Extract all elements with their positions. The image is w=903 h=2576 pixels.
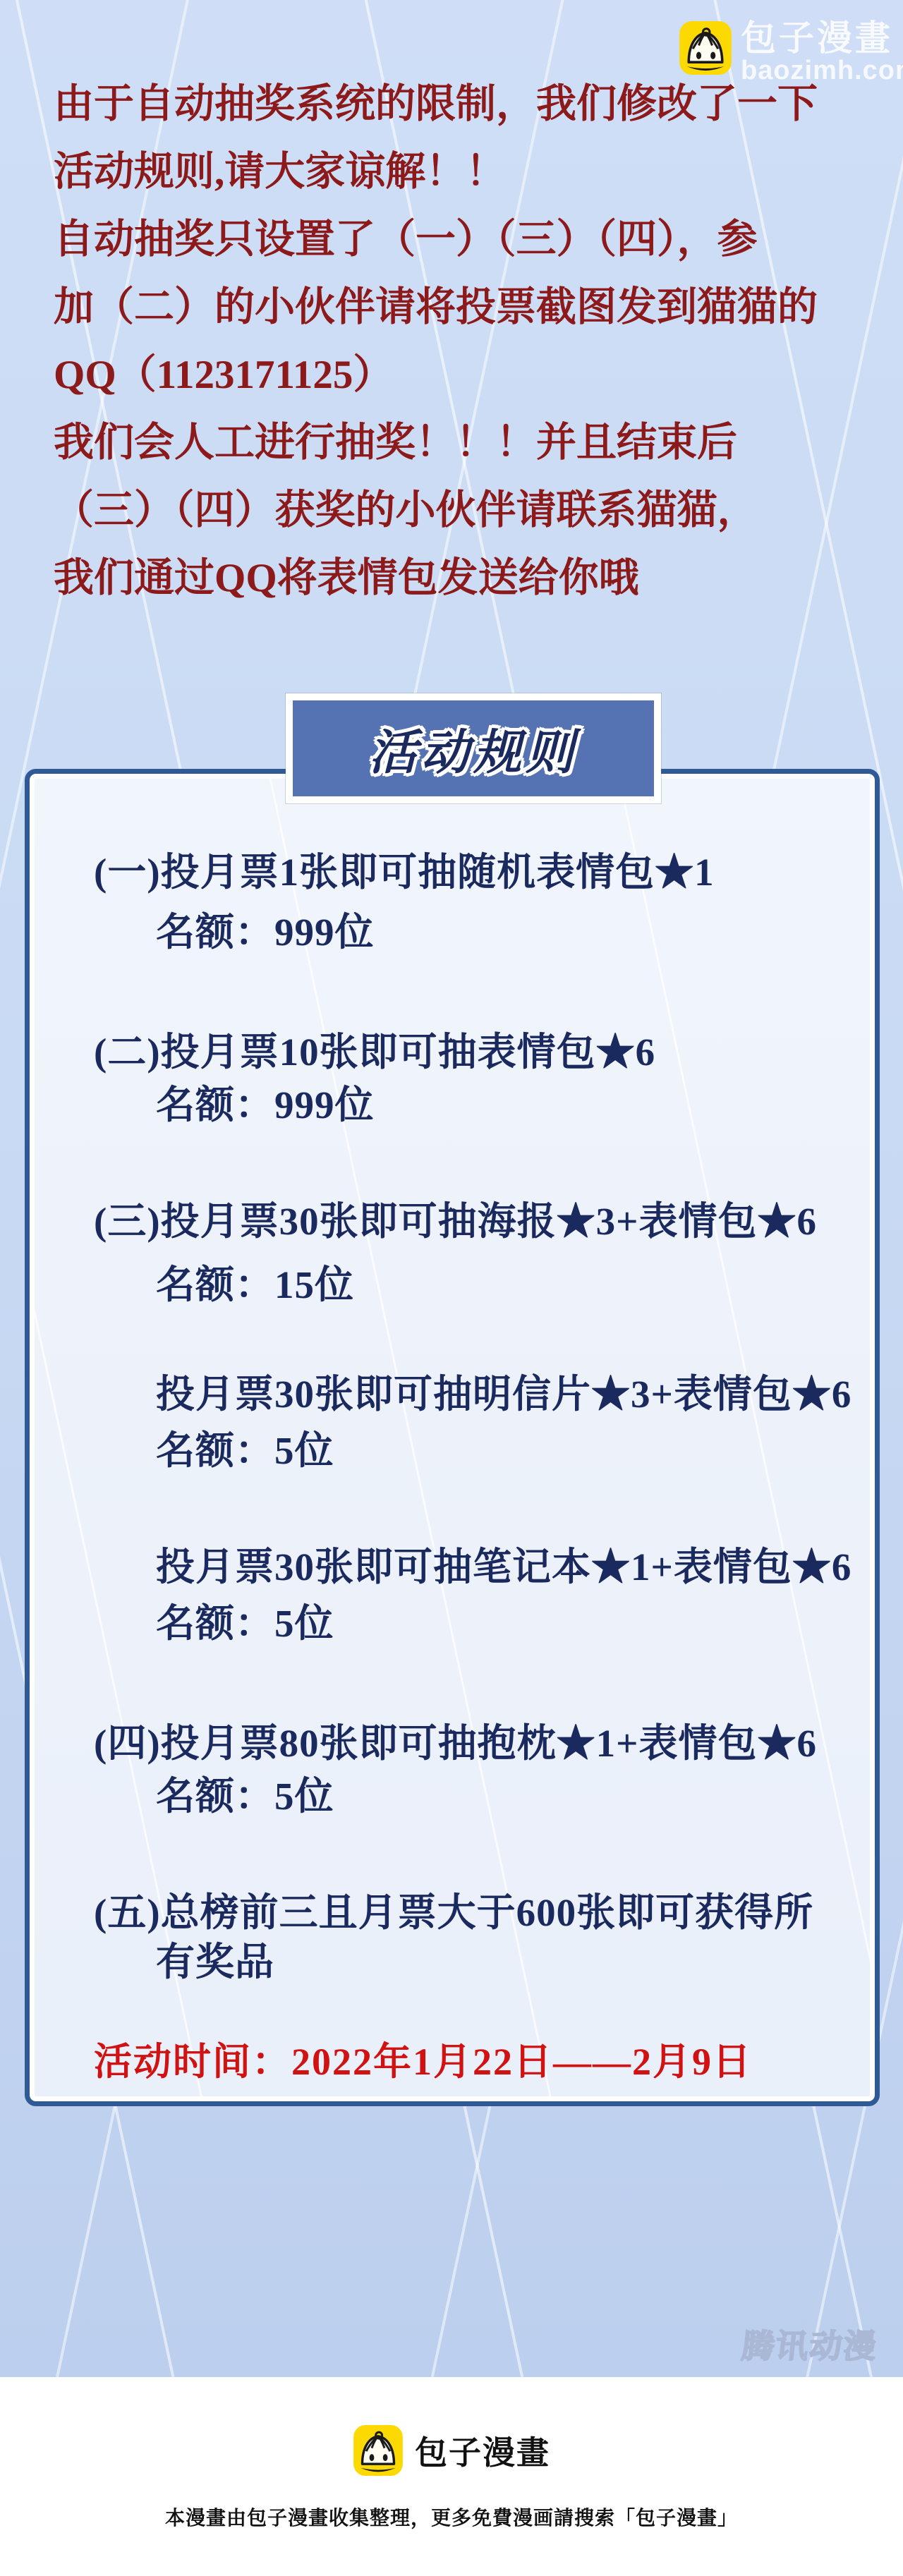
intro-text: 由于自动抽奖系统的限制，我们修改了一下 活动规则,请大家谅解！！ 自动抽奖只设置…: [54, 71, 872, 612]
intro-line: 我们会人工进行抽奖！！！并且结束后: [54, 409, 872, 477]
rules-title: 活动规则: [369, 715, 578, 783]
intro-line: QQ（1123171125）: [54, 341, 872, 409]
intro-line: 加（二）的小伙伴请将投票截图发到猫猫的: [54, 274, 872, 341]
rules-box: (一)投月票1张即可抽随机表情包★1 名额：999位 (二)投月票10张即可抽表…: [25, 769, 880, 2106]
rule-line-5: (五)总榜前三且月票大于600张即可获得所: [94, 1890, 813, 1935]
rule-line-1: (一)投月票1张即可抽随机表情包★1: [94, 850, 715, 894]
watermark-brand-text: 包子漫畫: [741, 20, 903, 56]
rule-quota-3b: 名额：5位: [156, 1428, 334, 1473]
rule-line-3c: 投月票30张即可抽笔记本★1+表情包★6: [156, 1545, 852, 1589]
rule-quota-2: 名额：999位: [156, 1083, 375, 1127]
footer: 包子漫畫 本漫畫由包子漫畫收集整理，更多免費漫画請搜索「包子漫畫」: [0, 2377, 903, 2576]
rules-title-banner: 活动规则: [286, 693, 661, 803]
tencent-anime-watermark: 腾讯动漫: [740, 2321, 880, 2367]
rule-quota-4: 名额：5位: [156, 1774, 334, 1818]
intro-line: 由于自动抽奖系统的限制，我们修改了一下: [54, 71, 872, 138]
footer-brand: 包子漫畫: [0, 2424, 903, 2477]
footer-note: 本漫畫由包子漫畫收集整理，更多免費漫画請搜索「包子漫畫」: [0, 2503, 903, 2531]
footer-brand-text: 包子漫畫: [415, 2427, 550, 2474]
intro-line: 我们通过QQ将表情包发送给你哦: [54, 545, 872, 612]
rule-line-3b: 投月票30张即可抽明信片★3+表情包★6: [156, 1372, 852, 1416]
baozi-logo-icon: [679, 20, 732, 76]
baozi-logo-icon: [353, 2424, 404, 2477]
intro-line: 自动抽奖只设置了（一）（三）（四），参: [54, 206, 872, 274]
intro-line: （三）（四）获奖的小伙伴请联系猫猫，: [54, 477, 872, 545]
rule-line-2: (二)投月票10张即可抽表情包★6: [94, 1030, 655, 1074]
rule-line-4: (四)投月票80张即可抽抱枕★1+表情包★6: [94, 1721, 817, 1766]
rule-quota-3c: 名额：5位: [156, 1601, 334, 1646]
rule-quota-3: 名额：15位: [156, 1263, 354, 1307]
rule-line-3: (三)投月票30张即可抽海报★3+表情包★6: [94, 1199, 817, 1244]
intro-line: 活动规则,请大家谅解！！: [54, 138, 872, 206]
promo-poster: 包子漫畫 baozimh.com 由于自动抽奖系统的限制，我们修改了一下 活动规…: [0, 0, 903, 2576]
rule-quota-1: 名额：999位: [156, 910, 375, 954]
activity-time: 活动时间：2022年1月22日——2月9日: [94, 2040, 752, 2084]
rule-line-5-cont: 有奖品: [156, 1940, 274, 1984]
